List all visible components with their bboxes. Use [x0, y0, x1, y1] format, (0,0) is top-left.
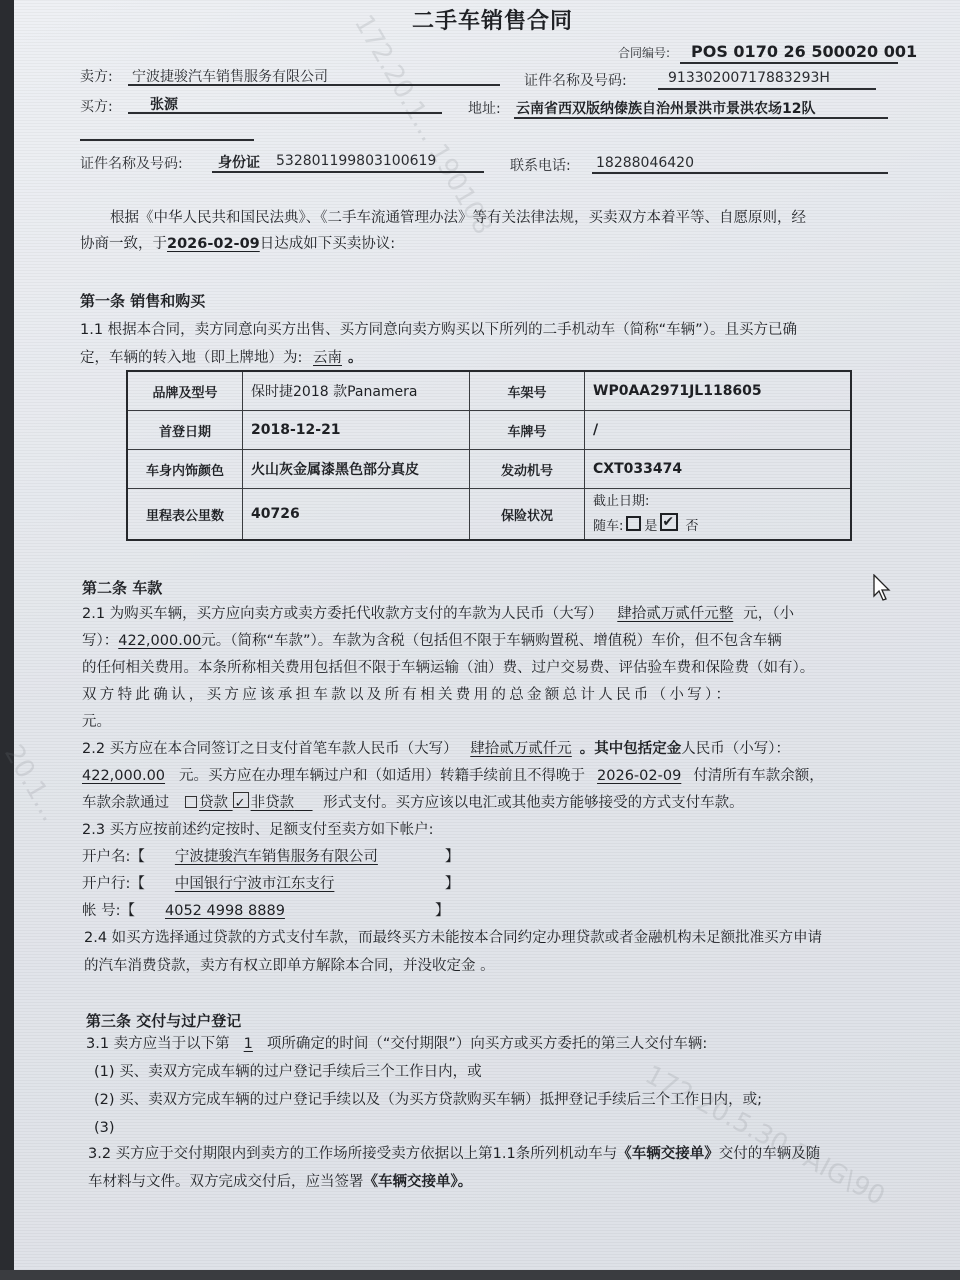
article-2-1-line-5: 元。 [82, 708, 111, 736]
article-1-1-line-2: 定，车辆的转入地（即上牌地）为: 云南。 [80, 344, 363, 372]
account-number-row: 帐 号:【4052 4998 8889】 [82, 897, 450, 925]
underline [680, 62, 898, 64]
first-registration-date: 2018-12-21 [243, 411, 470, 450]
text: 车款余款通过 [82, 795, 169, 811]
table-header: 车身内饰颜色 [127, 450, 243, 489]
article-2-4-line-2: 的汽车消费贷款，卖方有权立即单方解除本合同，并没收定金 。 [84, 952, 495, 980]
balance-deadline: 2026-02-09 [585, 768, 693, 784]
seller-name: 宁波捷骏汽车销售服务有限公司 [132, 66, 328, 86]
text: 。其中包括定金 [580, 741, 682, 757]
vehicle-table: 品牌及型号 保时捷2018 款Panamera 车架号 WP0AA2971JL1… [126, 370, 852, 541]
table-row: 首登日期 2018-12-21 车牌号 / [127, 411, 851, 450]
account-bank-row: 开户行:【中国银行宁波市江东支行】 [82, 870, 459, 898]
table-header: 品牌及型号 [127, 371, 243, 411]
table-header: 首登日期 [127, 411, 243, 450]
buyer-id-type: 身份证 [218, 152, 260, 172]
loan-checkbox[interactable] [185, 796, 197, 808]
text: 2.2 买方应在本合同签订之日支付首笔车款人民币（大写） [82, 741, 458, 757]
text: 形式支付。买方应该以电汇或其他卖方能够接受的方式支付车款。 [323, 795, 744, 811]
article-2-heading: 第二条 车款 [82, 577, 162, 598]
text: 3.2 买方应于交付期限内到卖方的工作场所接受卖方依据以上第1.1条所列机动车与 [88, 1146, 617, 1162]
text: 《车辆交接单》 [617, 1146, 719, 1162]
seller-label: 卖方: [80, 66, 113, 86]
text: 随车: [593, 519, 623, 534]
text: 元，（小 [743, 606, 794, 622]
text: 是 [644, 519, 657, 534]
brand-model: 保时捷2018 款Panamera [243, 371, 470, 411]
preamble-line-1: 根据《中华人民共和国民法典》、《二手车流通管理办法》等有关法律法规，买卖双方本着… [110, 204, 806, 232]
text: 付清所有车款余额， [693, 768, 824, 784]
article-2-1-line-1: 2.1 为购买车辆，买方应向卖方或卖方委托代收款方支付的车款为人民币（大写） 肆… [82, 600, 794, 628]
text: 定，车辆的转入地（即上牌地）为: [80, 350, 302, 366]
insurance-expiry-label: 截止日期: [593, 491, 842, 513]
buyer-phone-label: 联系电话: [510, 155, 571, 175]
engine-number: CXT033474 [585, 450, 852, 489]
text: 开户名:【 [82, 849, 145, 865]
delivery-item-no: 1 [230, 1036, 267, 1052]
article-3-1-option-2: (2) 买、卖双方完成车辆的过户登记手续以及（为买方贷款购买车辆）抵押登记手续后… [94, 1086, 762, 1114]
article-2-3: 2.3 买方应按前述约定按时、足额支付至卖方如下帐户: [82, 816, 434, 844]
seller-id-label: 证件名称及号码: [524, 70, 627, 90]
article-3-2-line-1: 3.2 买方应于交付期限内到卖方的工作场所接受卖方依据以上第1.1条所列机动车与… [88, 1140, 820, 1168]
buyer-phone: 18288046420 [596, 155, 694, 171]
text: 】 [435, 903, 450, 919]
text: 否 [686, 519, 699, 534]
buyer-label: 买方: [80, 96, 113, 116]
article-3-2-line-2: 车材料与文件。双方完成交付后，应当签署《车辆交接单》。 [88, 1168, 472, 1196]
contract-no: POS 0170 26 500020 001 [691, 42, 917, 61]
buyer-address-label: 地址: [468, 98, 501, 118]
article-1-heading: 第一条 销售和购买 [80, 290, 205, 311]
text: 元。（简称“车款”）。车款为含税（包括但不限于车辆购置税、增值税）车价，但不包含… [201, 633, 782, 649]
table-header: 保险状况 [470, 489, 585, 541]
odometer: 40726 [243, 489, 470, 541]
underline [80, 139, 254, 141]
table-header: 发动机号 [470, 450, 585, 489]
seller-id-value: 91330200717883293H [668, 70, 830, 86]
account-name-row: 开户名:【宁波捷骏汽车销售服务有限公司】 [82, 843, 459, 871]
text: 人民币（小写）： [681, 741, 790, 757]
text: 开户行:【 [82, 876, 145, 892]
underline [128, 84, 500, 86]
preamble-line-2: 协商一致，于2026-02-09日达成如下买卖协议: [80, 230, 395, 258]
text: 】 [445, 849, 460, 865]
article-2-4-line-1: 2.4 如买方选择通过贷款的方式支付车款，而最终买方未能按本合同约定办理贷款或者… [84, 924, 822, 952]
text: 3.1 卖方应当于以下第 [86, 1036, 230, 1052]
insurance-no-checkbox[interactable] [660, 513, 678, 531]
amount-upper: 肆拾贰万贰仟元整 [607, 606, 743, 622]
plate-number: / [585, 411, 852, 450]
article-3-1: 3.1 卖方应当于以下第1项所确定的时间（“交付期限”）向买方或买方委托的第三人… [86, 1030, 707, 1058]
watermark: 172.20.5.30 PAIG\90 [640, 1060, 890, 1212]
underline [514, 117, 888, 119]
article-2-1-line-2: 写）：422,000.00元。（简称“车款”）。车款为含税（包括但不限于车辆购置… [82, 627, 782, 655]
underline [592, 172, 888, 174]
amount-lower: 422,000.00 [118, 633, 201, 649]
table-header: 车牌号 [470, 411, 585, 450]
insurance-with-car: 随车:是 否 [593, 513, 842, 538]
vin: WP0AA2971JL118605 [585, 371, 852, 411]
account-bank: 中国银行宁波市江东支行 [145, 870, 445, 898]
deposit-lower: 422,000.00 [82, 768, 179, 784]
table-header: 车架号 [470, 371, 585, 411]
text: 非贷款 [251, 795, 295, 811]
article-1-1-line-1: 1.1 根据本合同，卖方同意向买方出售、买方同意向卖方购买以下所列的二手机动车（… [80, 316, 797, 344]
text: 帐 号:【 [82, 903, 135, 919]
destination: 云南 [307, 350, 348, 366]
underline [658, 88, 876, 90]
table-row: 品牌及型号 保时捷2018 款Panamera 车架号 WP0AA2971JL1… [127, 371, 851, 411]
page-title: 二手车销售合同 [412, 4, 573, 35]
text: 项所确定的时间（“交付期限”）向买方或买方委托的第三人交付车辆: [267, 1036, 707, 1052]
underline [212, 171, 484, 173]
monitor-bezel [0, 1270, 960, 1280]
table-header: 里程表公里数 [127, 489, 243, 541]
text: 日达成如下买卖协议: [260, 236, 395, 252]
account-name: 宁波捷骏汽车销售服务有限公司 [145, 843, 445, 871]
article-2-1-line-4: 双方特此确认，买方应该承担车款以及所有相关费用的总金额总计人民币（小写）： [82, 681, 733, 709]
text: 。 [348, 350, 363, 366]
insurance-status: 截止日期: 随车:是 否 [585, 489, 852, 541]
article-3-1-option-3: (3) [94, 1114, 115, 1142]
buyer-address: 云南省西双版纳傣族自治州景洪市景洪农场12队 [516, 98, 815, 118]
contract-page: 172.20.1... 190108 20.1... 172.20.5.30 P… [14, 0, 960, 1270]
article-2-1-line-3: 的任何相关费用。本条所称相关费用包括但不限于车辆运输（油）费、过户交易费、评估验… [82, 654, 814, 682]
buyer-id-label: 证件名称及号码: [80, 153, 183, 173]
table-row: 里程表公里数 40726 保险状况 截止日期: 随车:是 否 [127, 489, 851, 541]
buyer-name: 张源 [150, 94, 178, 114]
text: 元。买方应在办理车辆过户和（如适用）转籍手续前且不得晚于 [179, 768, 585, 784]
text: 车材料与文件。双方完成交付后，应当签署 [88, 1174, 364, 1190]
color-interior: 火山灰金属漆黑色部分真皮 [243, 450, 470, 489]
text: 交付的车辆及随 [719, 1146, 821, 1162]
non-loan-checkbox[interactable] [233, 792, 249, 808]
account-number: 4052 4998 8889 [135, 897, 435, 925]
text: 。 [458, 1174, 473, 1190]
text: 2.1 为购买车辆，买方应向卖方或卖方委托代收款方支付的车款为人民币（大写） [82, 606, 603, 622]
table-row: 车身内饰颜色 火山灰金属漆黑色部分真皮 发动机号 CXT033474 [127, 450, 851, 489]
monitor-bezel [0, 0, 14, 1280]
text: 《车辆交接单》 [364, 1174, 458, 1190]
contract-no-label: 合同编号: [618, 44, 670, 61]
text: 协商一致，于 [80, 236, 167, 252]
buyer-id-number: 532801199803100619 [276, 153, 436, 169]
agreement-date: 2026-02-09 [167, 236, 260, 252]
insurance-yes-checkbox[interactable] [626, 516, 641, 531]
underline [128, 112, 442, 114]
article-3-heading: 第三条 交付与过户登记 [86, 1010, 241, 1031]
text: 写）： [82, 633, 118, 649]
article-2-2-line-3: 车款余款通过贷款 非贷款 形式支付。买方应该以电汇或其他卖方能够接受的方式支付车… [82, 789, 744, 817]
text: 贷款 [199, 795, 228, 811]
article-3-1-option-1: (1) 买、卖双方完成车辆的过户登记手续后三个工作日内，或 [94, 1058, 482, 1086]
first-payment-upper: 肆拾贰万贰仟元 [462, 741, 580, 757]
article-2-2-line-2: 422,000.00元。买方应在办理车辆过户和（如适用）转籍手续前且不得晚于20… [82, 762, 824, 790]
text: 】 [445, 876, 460, 892]
article-2-2-line-1: 2.2 买方应在本合同签订之日支付首笔车款人民币（大写） 肆拾贰万贰仟元。其中包… [82, 735, 790, 763]
